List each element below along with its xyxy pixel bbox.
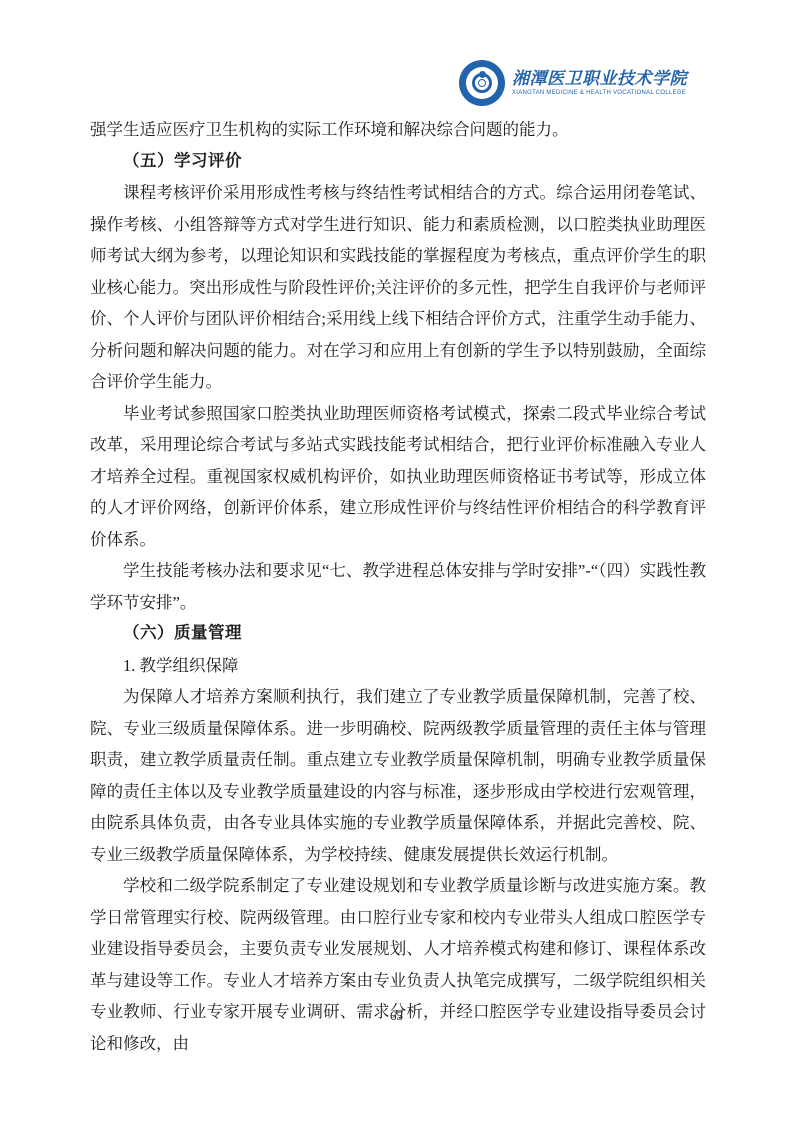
college-name-zh: 湘潭医卫职业技术学院 [512, 70, 687, 87]
subsection-heading-teaching-organization: 1. 教学组织保障 [90, 650, 706, 682]
paragraph-graduation-exam: 毕业考试参照国家口腔类执业助理医师资格考试模式，探索二段式毕业综合考试改革，采用… [90, 398, 706, 556]
paragraph-skill-assessment-reference: 学生技能考核办法和要求见“七、教学进程总体安排与学时安排”-“（四）实践性教学环… [90, 555, 706, 618]
paragraph-course-assessment: 课程考核评价采用形成性考核与终结性考试相结合的方式。综合运用闭卷笔试、操作考核、… [90, 177, 706, 398]
college-seal-icon [459, 60, 505, 106]
college-seal-inner [466, 67, 498, 99]
section-heading-5-learning-evaluation: （五）学习评价 [90, 146, 706, 178]
section-heading-6-quality-management: （六）质量管理 [90, 618, 706, 650]
paragraph-continuation: 强学生适应医疗卫生机构的实际工作环境和解决综合问题的能力。 [90, 114, 706, 146]
college-logo: 湘潭医卫职业技术学院 XIANGTAN MEDICINE & HEALTH VO… [459, 60, 687, 106]
document-body: 强学生适应医疗卫生机构的实际工作环境和解决综合问题的能力。 （五）学习评价 课程… [90, 114, 706, 1059]
paragraph-school-college-management: 学校和二级学院系制定了专业建设规划和专业教学质量诊断与改进实施方案。教学日常管理… [90, 870, 706, 1059]
college-seal-core [472, 73, 492, 93]
page-number: 65 [0, 1008, 793, 1024]
college-logo-text: 湘潭医卫职业技术学院 XIANGTAN MEDICINE & HEALTH VO… [512, 70, 687, 96]
college-name-en: XIANGTAN MEDICINE & HEALTH VOCATIONAL CO… [512, 90, 687, 96]
document-page: 湘潭医卫职业技术学院 XIANGTAN MEDICINE & HEALTH VO… [0, 0, 793, 1122]
paragraph-quality-assurance-system: 为保障人才培养方案顺利执行，我们建立了专业教学质量保障机制，完善了校、院、专业三… [90, 681, 706, 870]
